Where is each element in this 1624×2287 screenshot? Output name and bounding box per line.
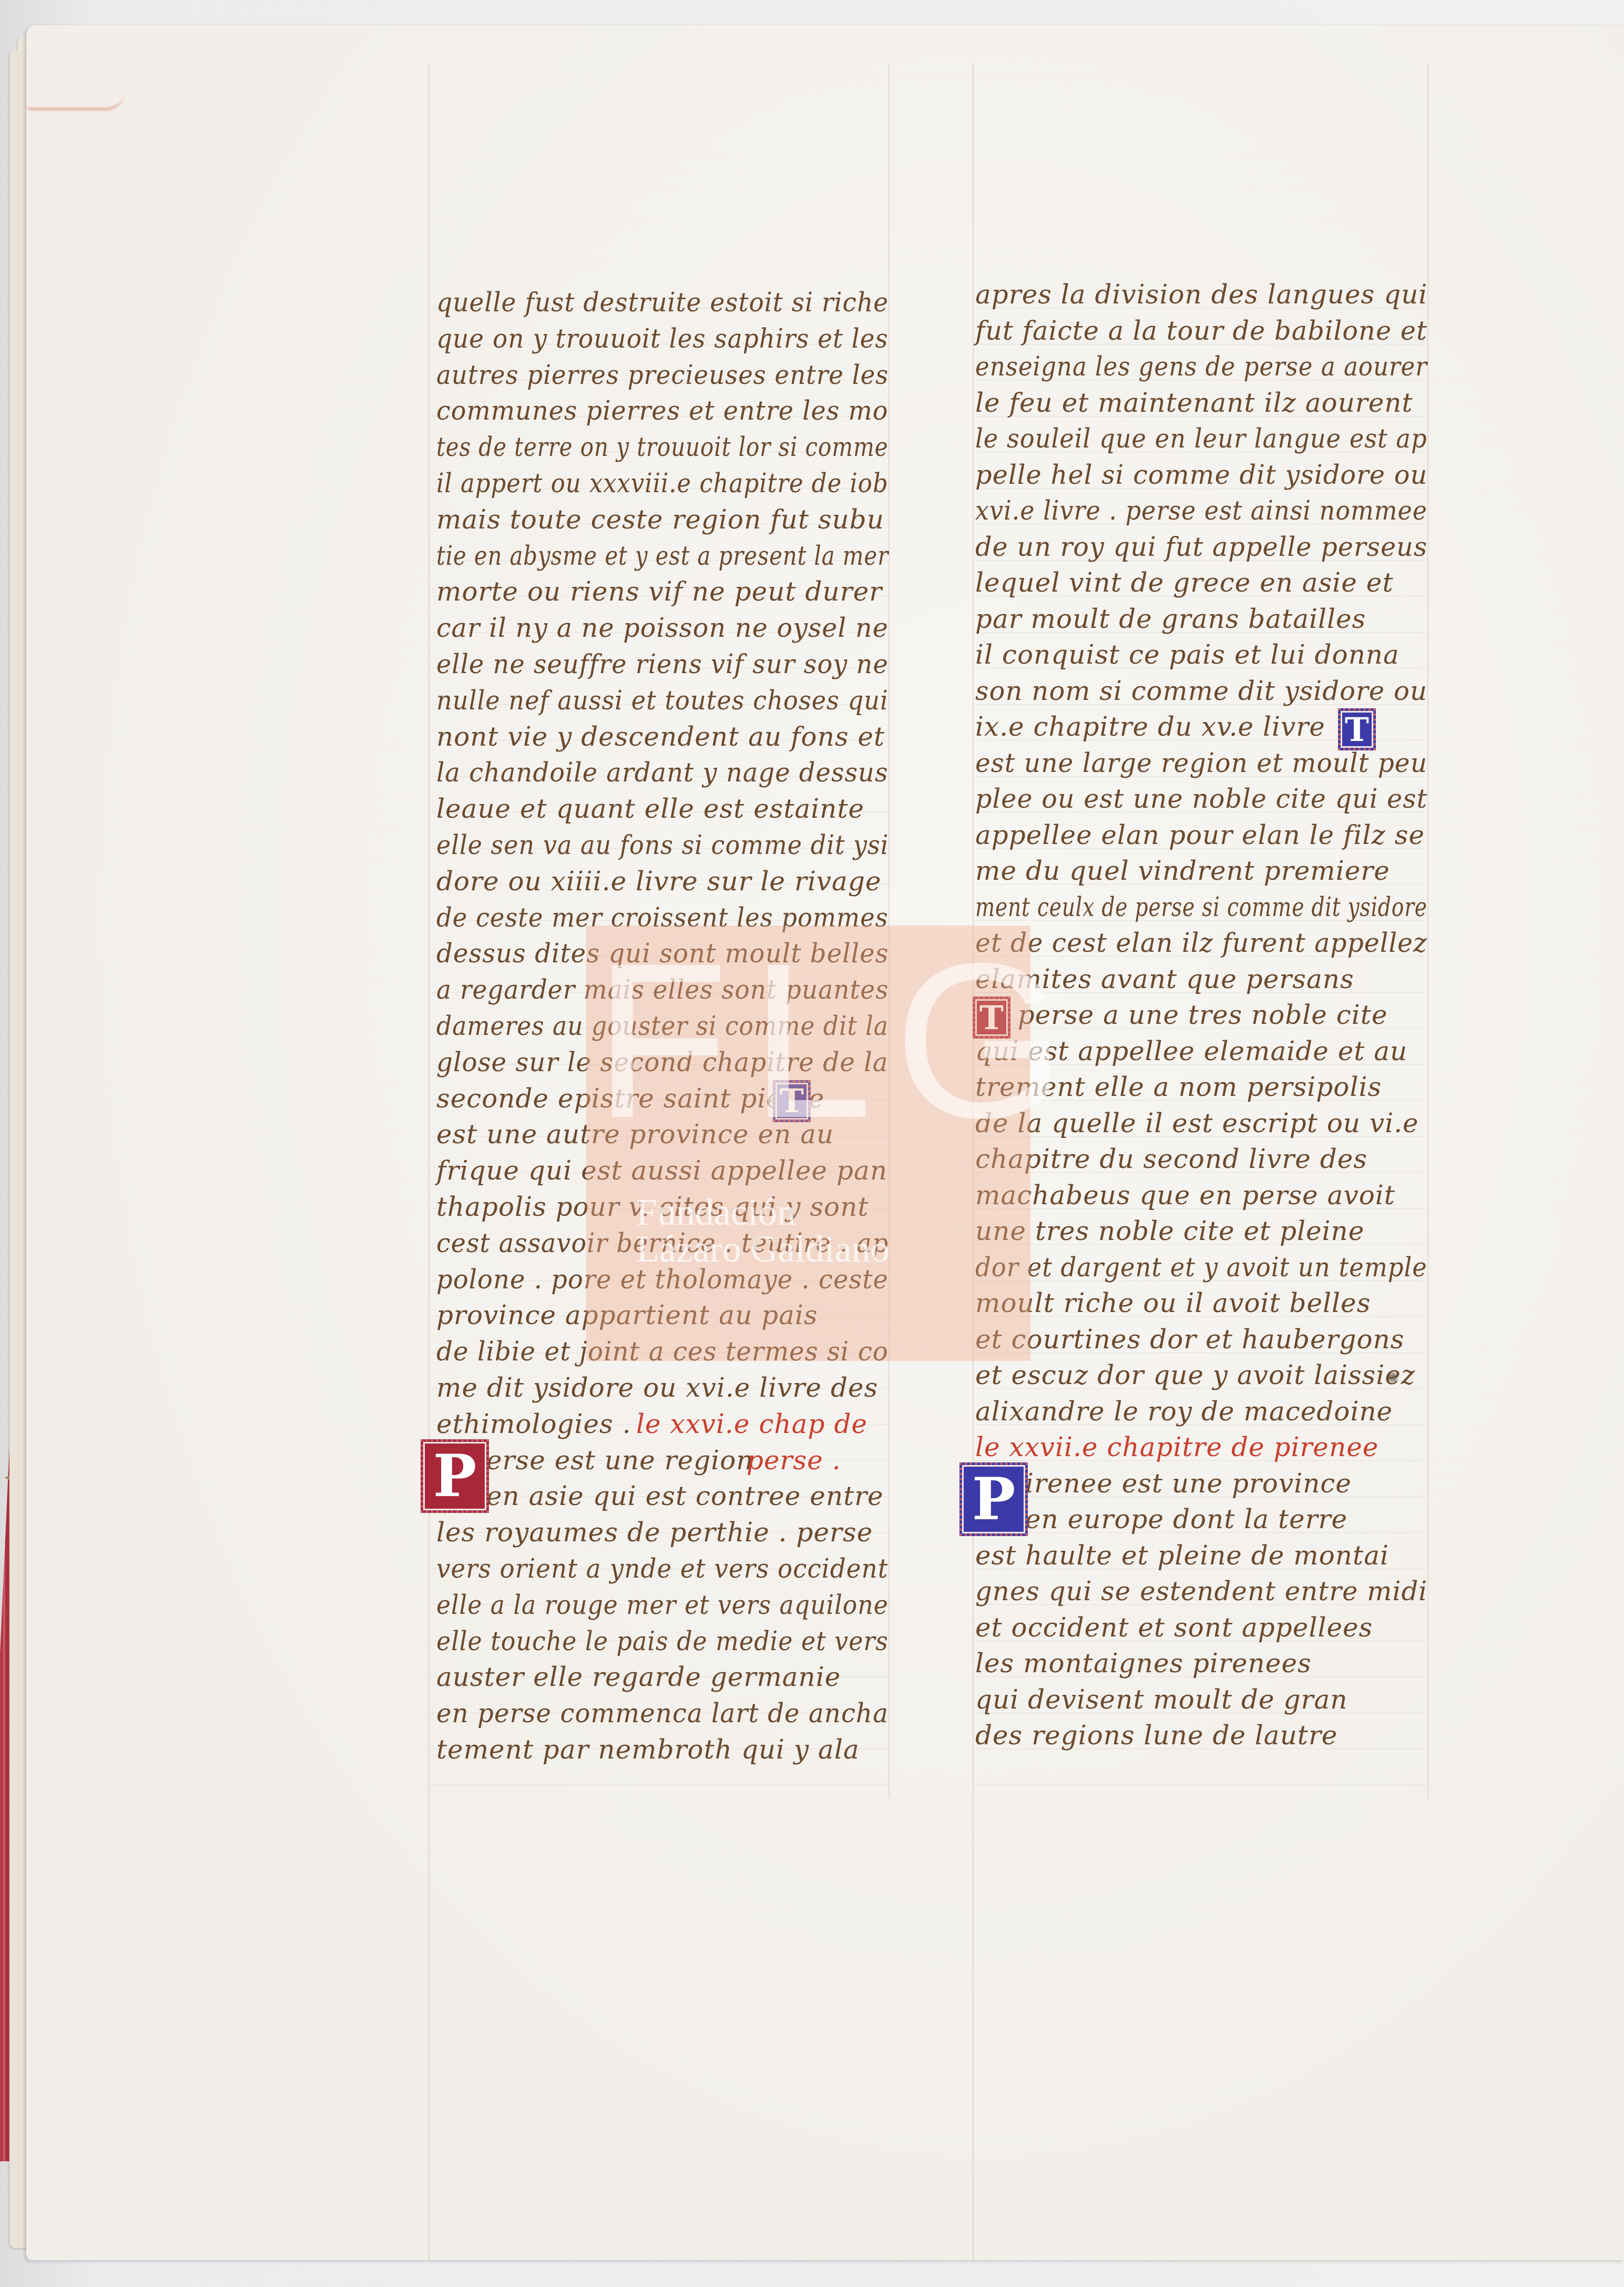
text-line: leaue et quant elle est estainte [436,793,864,825]
decorated-initial-p: P [421,1439,489,1513]
text-line: plee ou est une noble cite qui est [975,783,1427,815]
text-line: et escuz dor que y avoit laissiez [975,1359,1415,1391]
rubric-heading: perse . [747,1445,841,1476]
text-line: ethimologies . [436,1408,631,1440]
text-line: fut faicte a la tour de babilone et [975,315,1427,347]
text-line: quelle fust destruite estoit si riche [436,287,888,318]
text-line: me dit ysidore ou xvi.e livre des [436,1372,878,1404]
text-line: le souleil que en leur langue est ap [975,423,1427,454]
text-line: auster elle regarde germanie [436,1661,841,1693]
rubric-heading: le xxvii.e chapitre de pirenee [975,1431,1378,1463]
text-line: xvi.e livre . perse est ainsi nommee [975,495,1427,526]
text-line: dore ou xiiii.e livre sur le rivage [436,866,882,897]
text-line: car il ny a ne poisson ne oysel ne [436,612,888,644]
text-line: une tres noble cite et pleine [975,1215,1364,1247]
text-line: moult riche ou il avoit belles [975,1287,1371,1319]
text-line: les montaignes pirenees [975,1648,1312,1679]
text-line: morte ou riens vif ne peut durer [436,576,882,607]
text-line: de libie et joint a ces termes si co [436,1336,888,1367]
watermark-text: Fundación Lázaro Galdiano [636,1194,890,1267]
text-line: qui devisent moult de gran [975,1684,1347,1715]
text-line: la chandoile ardant y nage dessus [436,757,888,788]
text-line: lequel vint de grece en asie et [975,567,1393,598]
text-line: tie en abysme et y est a present la mer [436,540,888,572]
initial-letter: P [433,1442,477,1510]
text-line: communes pierres et entre les mo [436,395,888,426]
text-line: vers orient a ynde et vers occident [436,1553,888,1584]
text-line: gnes qui se estendent entre midi [975,1576,1427,1607]
decorated-initial-t: T [1338,708,1376,750]
text-line: me du quel vindrent premiere [975,855,1390,887]
text-line: et courtines dor et haubergons [975,1324,1404,1355]
text-line: autres pierres precieuses entre les [436,359,888,391]
text-line: dor et dargent et y avoit un temple [975,1252,1427,1283]
text-line: il appert ou xxxviii.e chapitre de iob [436,467,888,499]
rule-line [428,1785,888,1785]
text-line: elle touche le pais de medie et vers [436,1625,888,1657]
text-line: il conquist ce pais et lui donna [975,639,1400,670]
ruling-left-bound [428,63,430,2261]
text-line: en europe dont la terre [1025,1503,1347,1535]
text-line: et occident et sont appellees [975,1612,1373,1643]
initial-letter: P [972,1465,1016,1533]
rule-line [973,1785,1427,1785]
text-line: alixandre le roy de macedoine [975,1396,1393,1427]
text-line: province appartient au pais [436,1299,818,1331]
watermark-logo: FLG [594,931,1087,1152]
text-line: ix.e chapitre du xv.e livre [975,711,1325,743]
text-line: est haulte et pleine de montai [975,1540,1389,1571]
text-line: elle ne seuffre riens vif sur soy ne [436,648,888,680]
text-line: que on y trouuoit les saphirs et les [436,323,888,354]
text-line: pelle hel si comme dit ysidore ou [975,459,1427,491]
text-line: tes de terre on y trouuoit lor si comme [436,431,888,463]
text-line: son nom si comme dit ysidore ou [975,675,1427,707]
text-line: le feu et maintenant ilz aourent [975,387,1413,419]
text-line: irenee est une province [1025,1468,1352,1499]
text-line: de un roy qui fut appelle perseus [975,531,1427,563]
text-line: elle sen va au fons si comme dit ysi [436,829,888,861]
text-line: enseigna les gens de perse a aourer [975,351,1427,382]
text-line: en asie qui est contree entre [486,1480,884,1512]
text-line: par moult de grans batailles [975,603,1366,635]
text-line: mais toute ceste region fut subu [436,504,884,535]
text-line: apres la division des langues qui [975,279,1427,310]
text-line: nont vie y descendent au fons et [436,721,885,753]
text-line: en perse commenca lart de ancha [436,1698,888,1729]
text-line: les royaumes de perthie . perse [436,1517,873,1548]
decorated-initial-p: P [959,1462,1028,1536]
text-line: appellee elan pour elan le filz se [975,819,1425,851]
text-line: tement par nembroth qui y ala [436,1734,860,1765]
rubric-heading: le xxvi.e chap de [636,1408,867,1440]
text-line: erse est une region [486,1445,754,1476]
water-stain [26,76,126,110]
text-line: des regions lune de lautre [975,1720,1337,1751]
text-line: elle a la rouge mer et vers aquilone [436,1589,888,1621]
watermark-line1: Fundación [636,1194,890,1231]
initial-letter: T [1345,710,1369,749]
text-line: est une large region et moult peu [975,747,1427,779]
text-line: machabeus que en perse avoit [975,1180,1395,1211]
text-line: nulle nef aussi et toutes choses qui [436,685,888,716]
watermark-line2: Lázaro Galdiano [636,1231,890,1267]
